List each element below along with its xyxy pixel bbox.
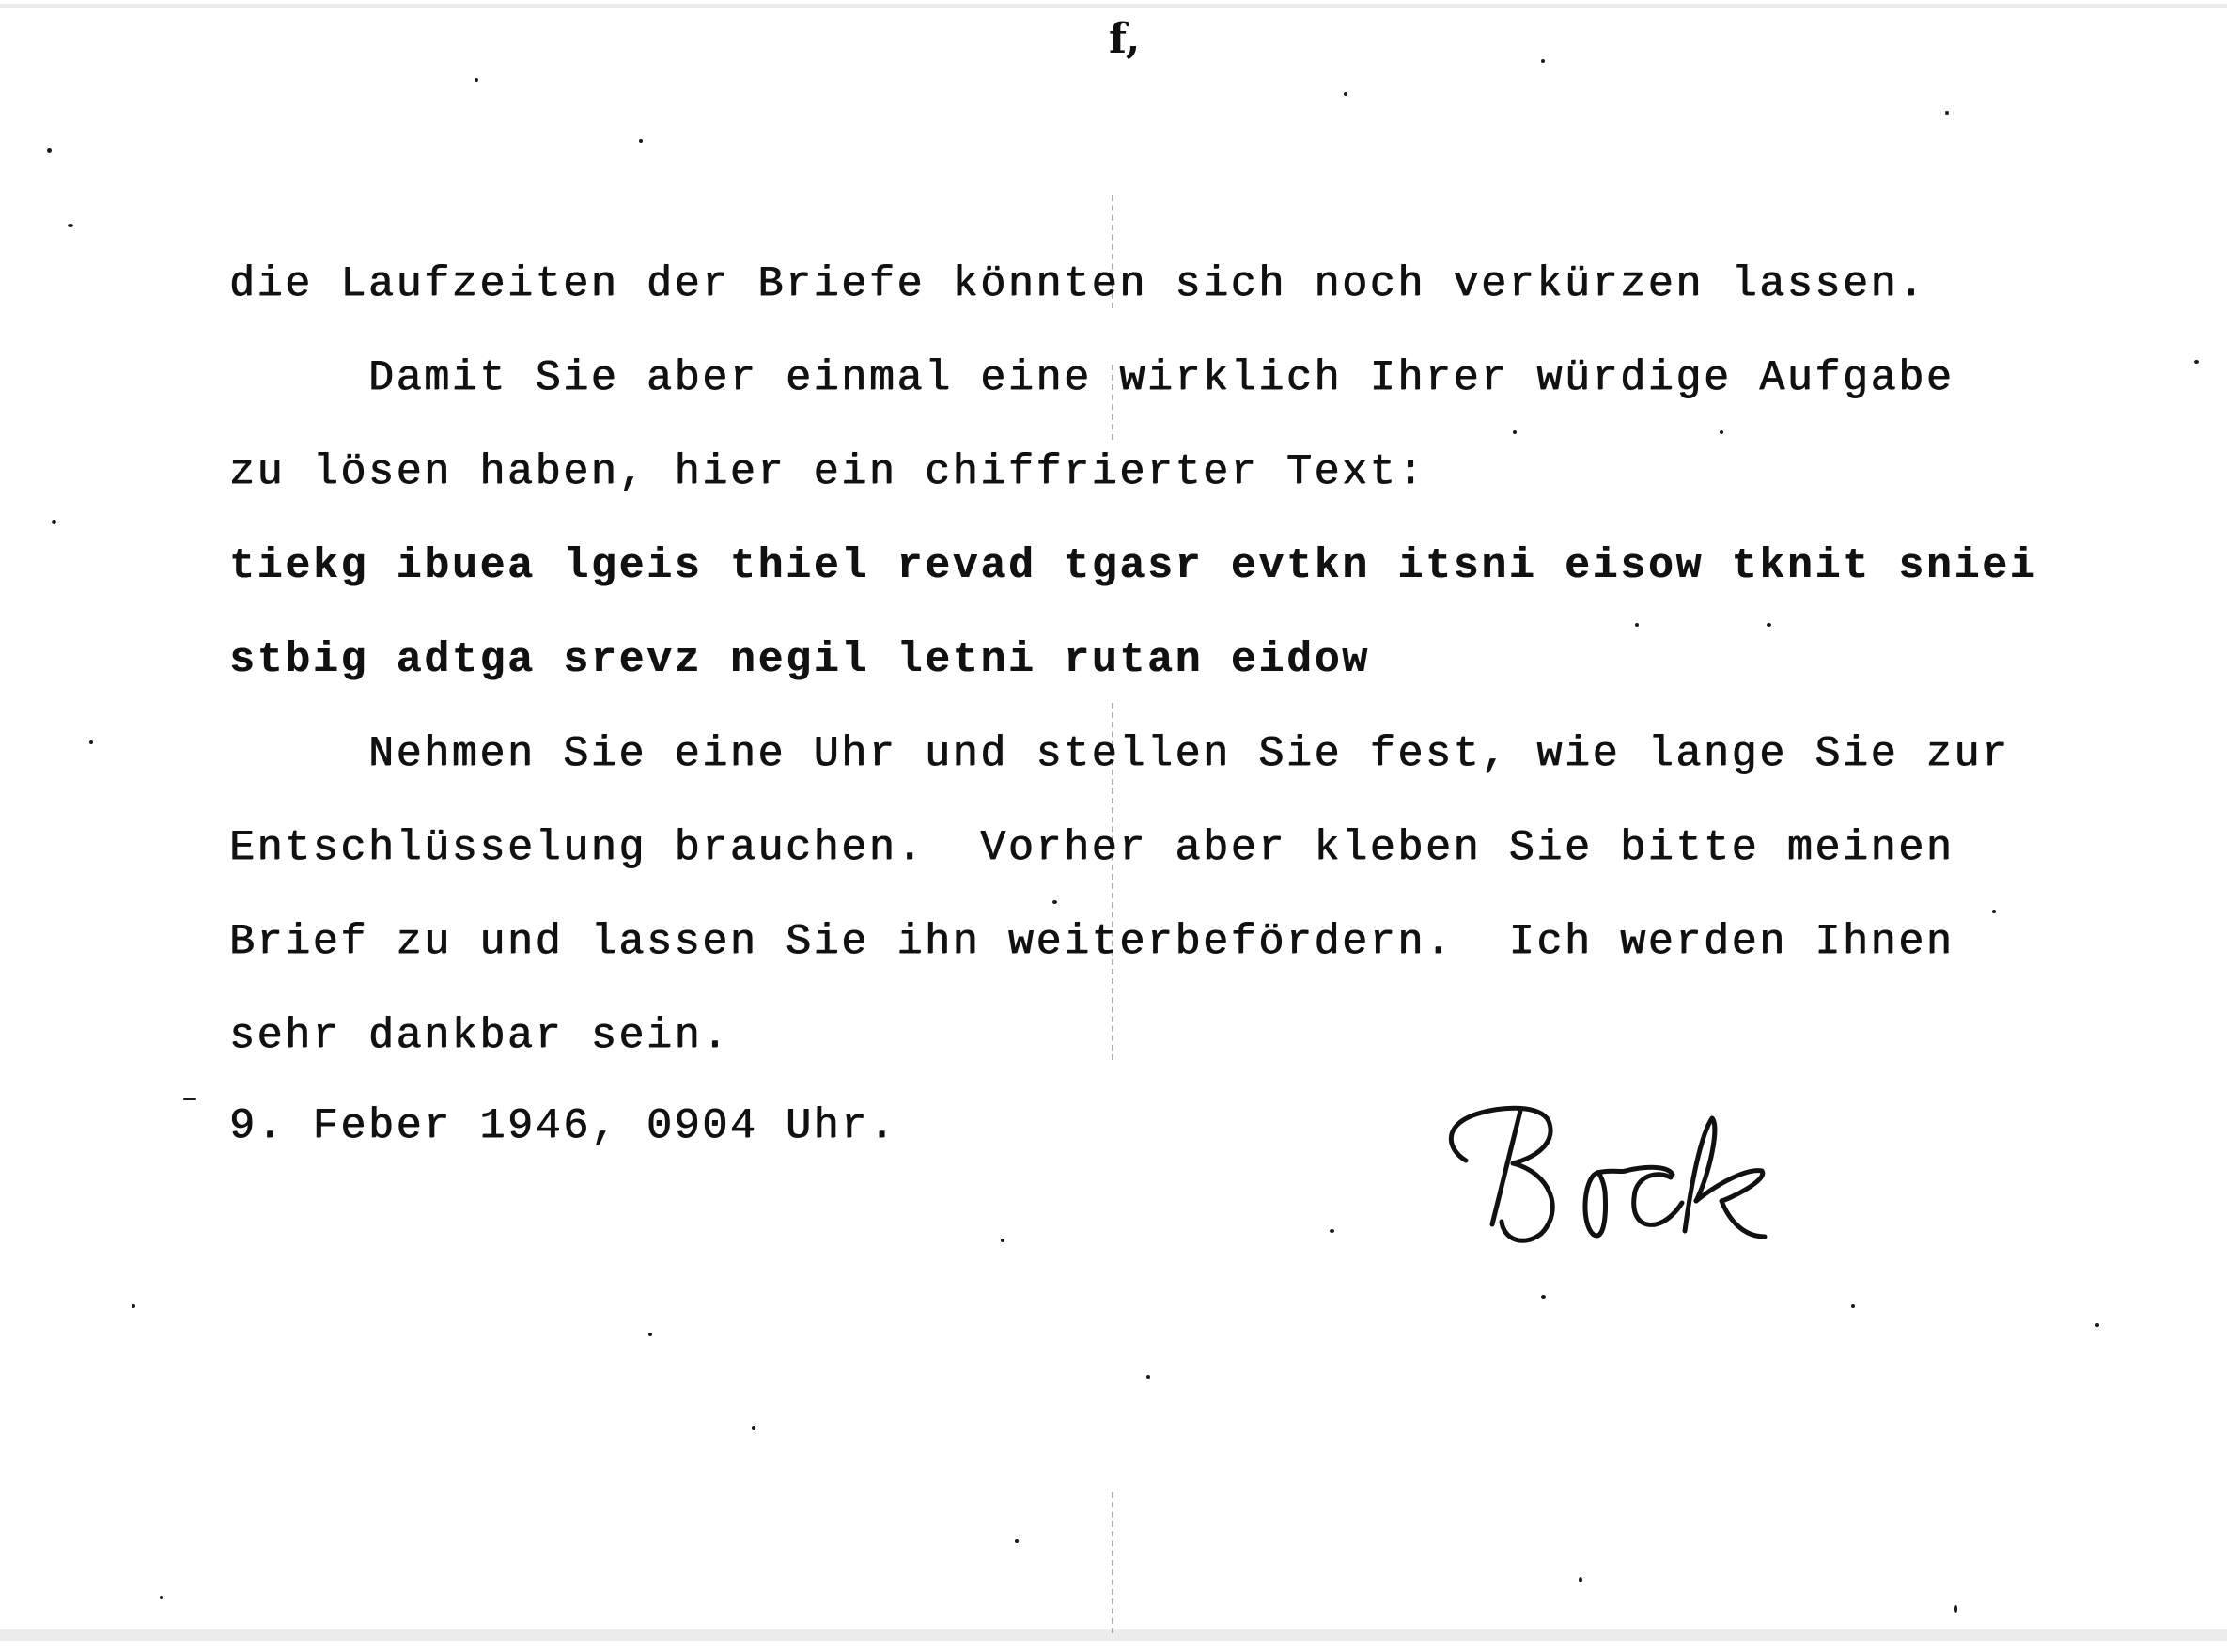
body-line-3: zu lösen haben, hier ein chiffrierter Te… <box>229 451 1425 493</box>
date-line: 9. Feber 1946, 0904 Uhr. <box>229 1105 897 1147</box>
speck <box>47 148 52 153</box>
speck <box>1851 1304 1855 1308</box>
header-mark: f, <box>1109 15 1140 63</box>
speck <box>648 1333 652 1336</box>
speck <box>1513 430 1517 434</box>
speck <box>89 740 93 744</box>
body-line-2: Damit Sie aber einmal eine wirklich Ihre… <box>229 357 1954 399</box>
speck <box>1541 1295 1546 1299</box>
cipher-line-2: stbig adtga srevz negil letni rutan eido… <box>229 639 1370 681</box>
body-line-1: die Laufzeiten der Briefe könnten sich n… <box>229 263 1926 305</box>
speck <box>1954 1605 1957 1613</box>
speck <box>183 1098 196 1100</box>
cipher-line-1: tiekg ibuea lgeis thiel revad tgasr evtk… <box>229 545 2037 587</box>
closing-line-4: sehr dankbar sein. <box>229 1015 730 1057</box>
speck <box>68 224 73 227</box>
speck <box>1579 1577 1582 1582</box>
closing-line-1: Nehmen Sie eine Uhr und stellen Sie fest… <box>229 733 2010 775</box>
speck <box>1945 111 1949 115</box>
speck <box>1992 910 1996 913</box>
speck <box>1541 59 1545 63</box>
speck <box>1015 1539 1019 1543</box>
speck <box>2095 1323 2099 1327</box>
closing-line-3: Brief zu und lassen Sie ihn weiterbeförd… <box>229 921 1954 963</box>
speck <box>2194 360 2199 364</box>
speck <box>639 139 643 143</box>
closing-line-2: Entschlüsselung brauchen. Vorher aber kl… <box>229 827 1954 869</box>
speck <box>1720 430 1723 434</box>
speck <box>1330 1229 1334 1233</box>
speck <box>1001 1239 1004 1242</box>
signature-bock <box>1409 1069 1785 1257</box>
speck <box>1344 92 1347 96</box>
fold-line-bottom <box>1112 1492 1113 1633</box>
speck <box>752 1426 755 1430</box>
speck <box>475 78 478 82</box>
letter-page: f, die Laufzeiten der Briefe könnten sic… <box>0 4 2227 1641</box>
speck <box>52 520 56 524</box>
speck <box>1767 623 1771 627</box>
speck <box>1635 623 1639 627</box>
speck <box>160 1596 163 1599</box>
speck <box>132 1304 135 1308</box>
speck <box>1052 900 1057 904</box>
speck <box>1146 1375 1150 1379</box>
